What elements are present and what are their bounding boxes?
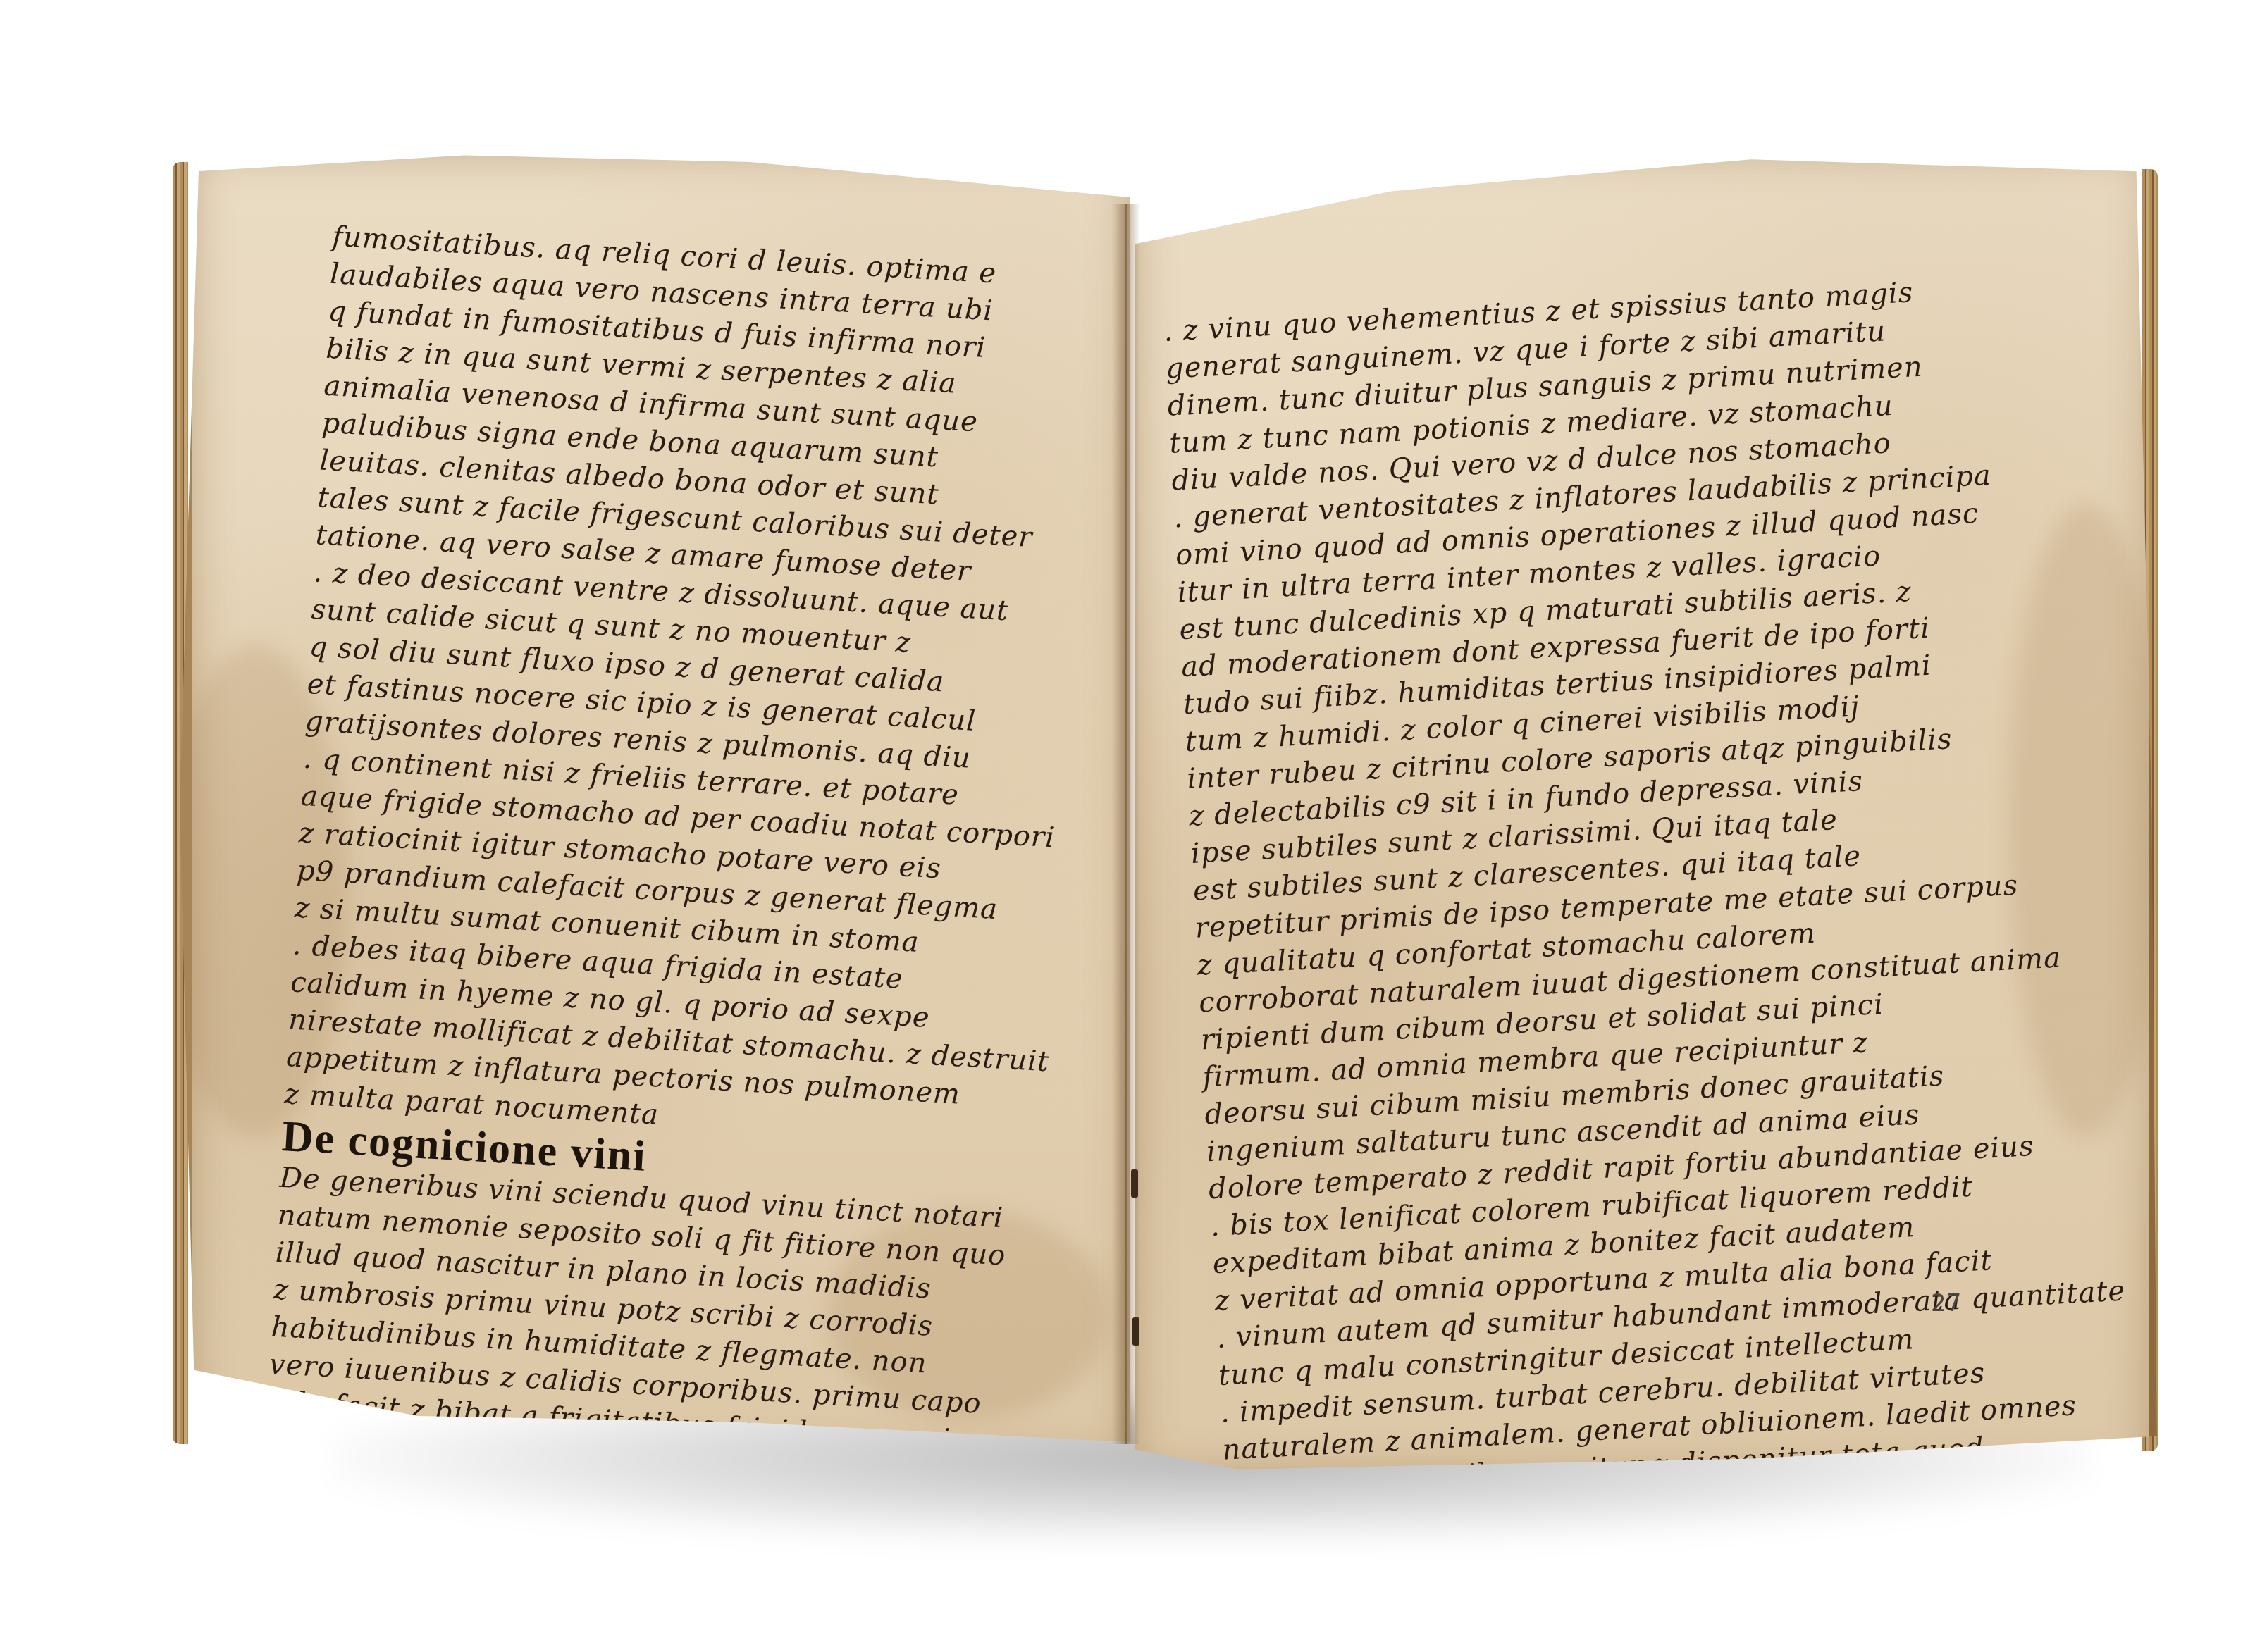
binding-stitch xyxy=(1131,1169,1138,1198)
right-page: . z vinu quo vehementius z et spissius t… xyxy=(1135,151,2162,1476)
right-page-text: . z vinu quo vehementius z et spissius t… xyxy=(1163,266,2136,1476)
left-page-text: fumositatibus. aq reliq cori d leuis. op… xyxy=(266,218,1094,1462)
binding-stitch xyxy=(1132,1317,1139,1346)
folio-number: 27 xyxy=(1931,1289,1961,1317)
book-gutter xyxy=(1112,204,1140,1444)
left-page: fumositatibus. aq reliq cori d leuis. op… xyxy=(180,151,1130,1462)
